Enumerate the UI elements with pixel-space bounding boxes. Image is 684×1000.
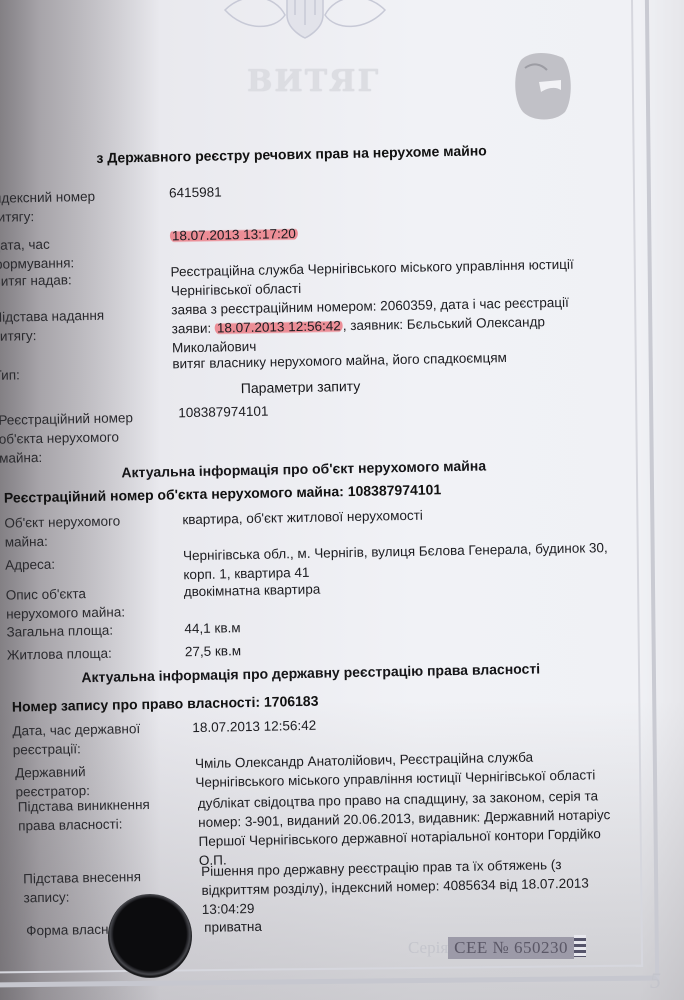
field-label: Адреса:: [5, 553, 155, 575]
object-reg-number-line: Реєстраційний номер об'єкта нерухомого м…: [4, 481, 442, 505]
field-label: Підстава надання витягу:: [0, 305, 123, 345]
series-code: СЕЕ № 650230: [448, 937, 574, 959]
highlighted-datetime: 18.07.2013 13:17:20: [170, 226, 298, 243]
field-label: Реєстраційний номер об'єкта нерухомого м…: [0, 408, 139, 468]
ownership-record-line: Номер запису про право власності: 170618…: [12, 693, 319, 715]
field-value: 108387974101: [178, 395, 628, 423]
field-label: Об'єкт нерухомого майна:: [4, 511, 135, 551]
field-label: Загальна площа:: [6, 620, 156, 642]
field-label: Дата, час формування:: [0, 234, 102, 274]
field-label: Житлова площа:: [7, 643, 157, 665]
field-label: Підстава виникнення права власності:: [18, 795, 159, 836]
barcode-icon: [574, 935, 586, 957]
field-value: 18.07.2013 12:56:42: [192, 709, 642, 737]
document-body: з Державного реєстру речових прав на нер…: [0, 0, 684, 1000]
field-value: 27,5 кв.м: [185, 634, 635, 662]
field-label: Опис об'єкта нерухомого майна:: [6, 583, 137, 623]
highlighted-application-datetime: 18.07.2013 12:56:42: [215, 318, 343, 335]
field-label: Дата, час державної реєстрації:: [12, 719, 143, 759]
page-number: 5: [650, 968, 661, 994]
round-seal-stamp-icon: [108, 894, 192, 978]
field-value: Чміль Олександр Анатолійович, Реєстрацій…: [195, 746, 616, 792]
document-subtitle: з Державного реєстру речових прав на нер…: [96, 142, 487, 165]
form-series: СеріяСЕЕ № 650230: [408, 935, 586, 959]
section-heading-object: Актуальна інформація про об'єкт нерухомо…: [121, 457, 486, 480]
field-value: 18.07.2013 13:17:20: [170, 218, 620, 246]
field-value: Рішення про державну реєстрацію прав та …: [201, 854, 622, 919]
field-value: квартира, об'єкт житлової нерухомості: [182, 502, 632, 530]
section-heading-ownership: Актуальна інформація про державну реєстр…: [81, 660, 540, 685]
field-label: Тип:: [0, 363, 144, 385]
field-label: Індексний номер витягу:: [0, 186, 131, 227]
section-heading-object-text: Актуальна інформація про об'єкт нерухомо…: [121, 457, 486, 480]
field-value: 6415981: [169, 175, 619, 203]
field-label: Витяг надав:: [0, 269, 142, 291]
series-label: Серія: [408, 938, 448, 957]
section-heading-query: Параметри запиту: [241, 378, 361, 396]
